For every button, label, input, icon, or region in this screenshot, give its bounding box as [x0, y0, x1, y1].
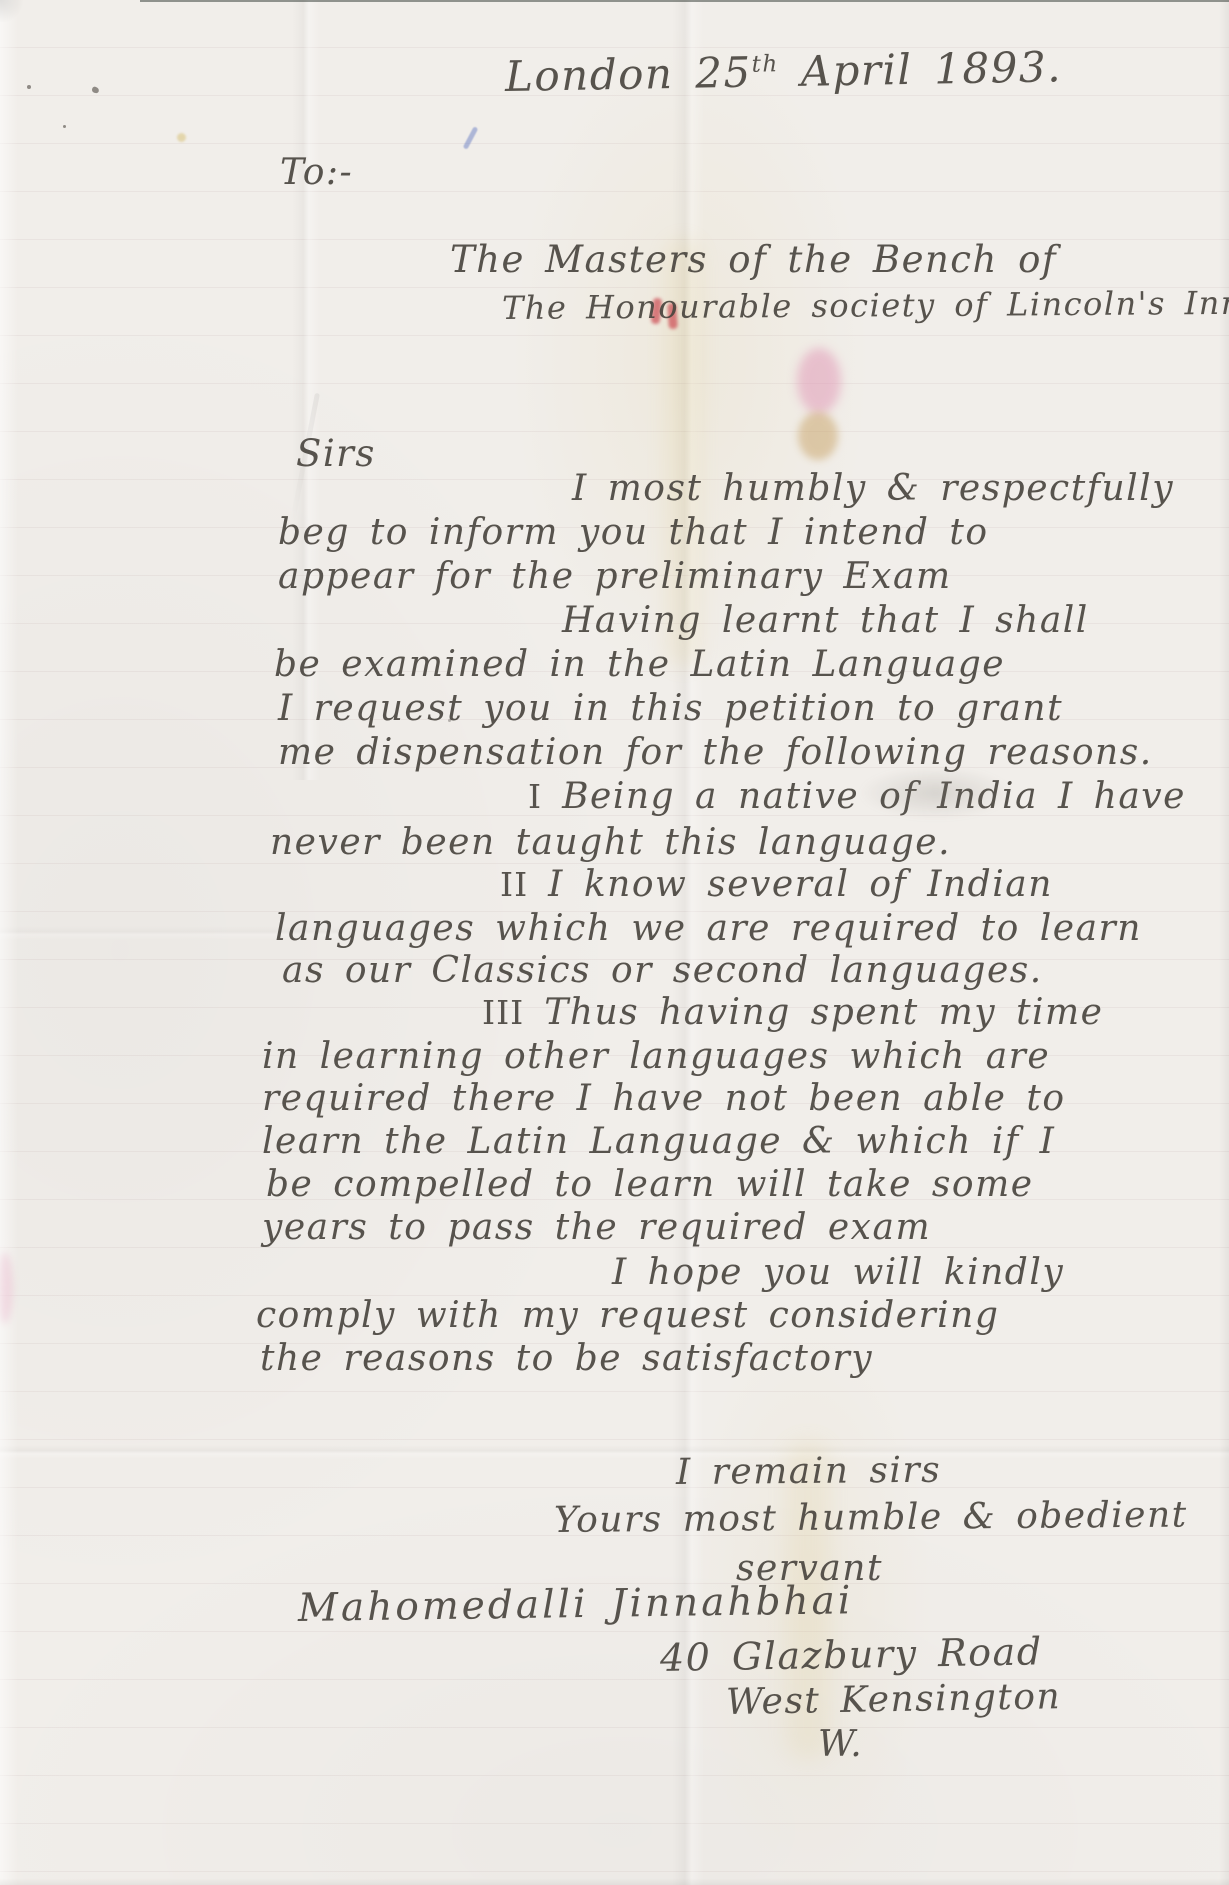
- to-label: To:-: [280, 152, 353, 193]
- body-line: learn the Latin Language & which if I: [262, 1121, 1055, 1162]
- closing-line: I remain sirs: [676, 1450, 941, 1493]
- scan-edge-left: [0, 0, 18, 1885]
- reason-numeral: I: [528, 777, 542, 816]
- letter-page: London 25th April 1893. To:- The Masters…: [0, 0, 1229, 1885]
- body-line: comply with my request considering: [256, 1295, 999, 1336]
- scan-edge-right: [1219, 0, 1229, 1885]
- body-line: III know several of Indian: [500, 864, 1053, 905]
- reason-numeral: II: [500, 865, 528, 904]
- dateline: London 25th April 1893.: [505, 42, 1063, 101]
- body-line: IBeing a native of India I have: [528, 776, 1186, 817]
- yellow-spot: [177, 133, 186, 142]
- reason-numeral: III: [482, 993, 524, 1032]
- body-line: I most humbly & respectfully: [572, 468, 1174, 509]
- ink-speck: [63, 125, 66, 128]
- body-line: IIIThus having spent my time: [482, 992, 1103, 1033]
- salutation: Sirs: [296, 432, 376, 475]
- body-line: the reasons to be satisfactory: [260, 1338, 873, 1379]
- dateline-place-day: London 25: [505, 48, 753, 101]
- ink-smudge: [858, 766, 1013, 820]
- body-line: be compelled to learn will take some: [266, 1164, 1034, 1205]
- body-line: never been taught this language.: [270, 822, 951, 863]
- dateline-ordinal: th: [751, 51, 779, 77]
- horizontal-fold-crease: [0, 1445, 1229, 1459]
- address-line: 40 Glazbury Road: [660, 1629, 1043, 1680]
- dateline-month-year: April 1893.: [778, 42, 1062, 96]
- scan-edge-bottom: [0, 1878, 1229, 1885]
- address-line: W.: [818, 1724, 863, 1765]
- body-line: as our Classics or second languages.: [282, 950, 1043, 991]
- body-line: years to pass the required exam: [262, 1207, 931, 1248]
- body-line: languages which we are required to learn: [275, 908, 1142, 949]
- addressee-line: The Masters of the Bench of: [450, 238, 1057, 281]
- body-line: Having learnt that I shall: [562, 600, 1089, 641]
- addressee-line: The Honourable society of Lincoln's Inn: [502, 284, 1229, 327]
- tan-stain: [798, 412, 838, 460]
- body-line: I request you in this petition to grant: [278, 688, 1063, 729]
- scan-edge-top: [140, 0, 1229, 2]
- body-line: be examined in the Latin Language: [274, 644, 1005, 685]
- pink-stain: [797, 348, 841, 414]
- body-line: beg to inform you that I intend to: [278, 512, 989, 553]
- reason-text: Thus having spent my time: [544, 992, 1103, 1033]
- ink-speck: [27, 85, 31, 89]
- body-line: me dispensation for the following reason…: [278, 732, 1153, 773]
- body-line: in learning other languages which are: [262, 1036, 1050, 1077]
- address-line: West Kensington: [726, 1676, 1062, 1723]
- scan-corner-shadow: [0, 0, 26, 22]
- closing-line: Yours most humble & obedient: [554, 1494, 1188, 1541]
- body-line: appear for the preliminary Exam: [278, 556, 952, 597]
- body-line: required there I have not been able to: [262, 1078, 1066, 1119]
- body-line: I hope you will kindly: [612, 1252, 1064, 1293]
- reason-text: I know several of Indian: [548, 864, 1053, 905]
- signature-name: Mahomedalli Jinnahbhai: [298, 1578, 854, 1631]
